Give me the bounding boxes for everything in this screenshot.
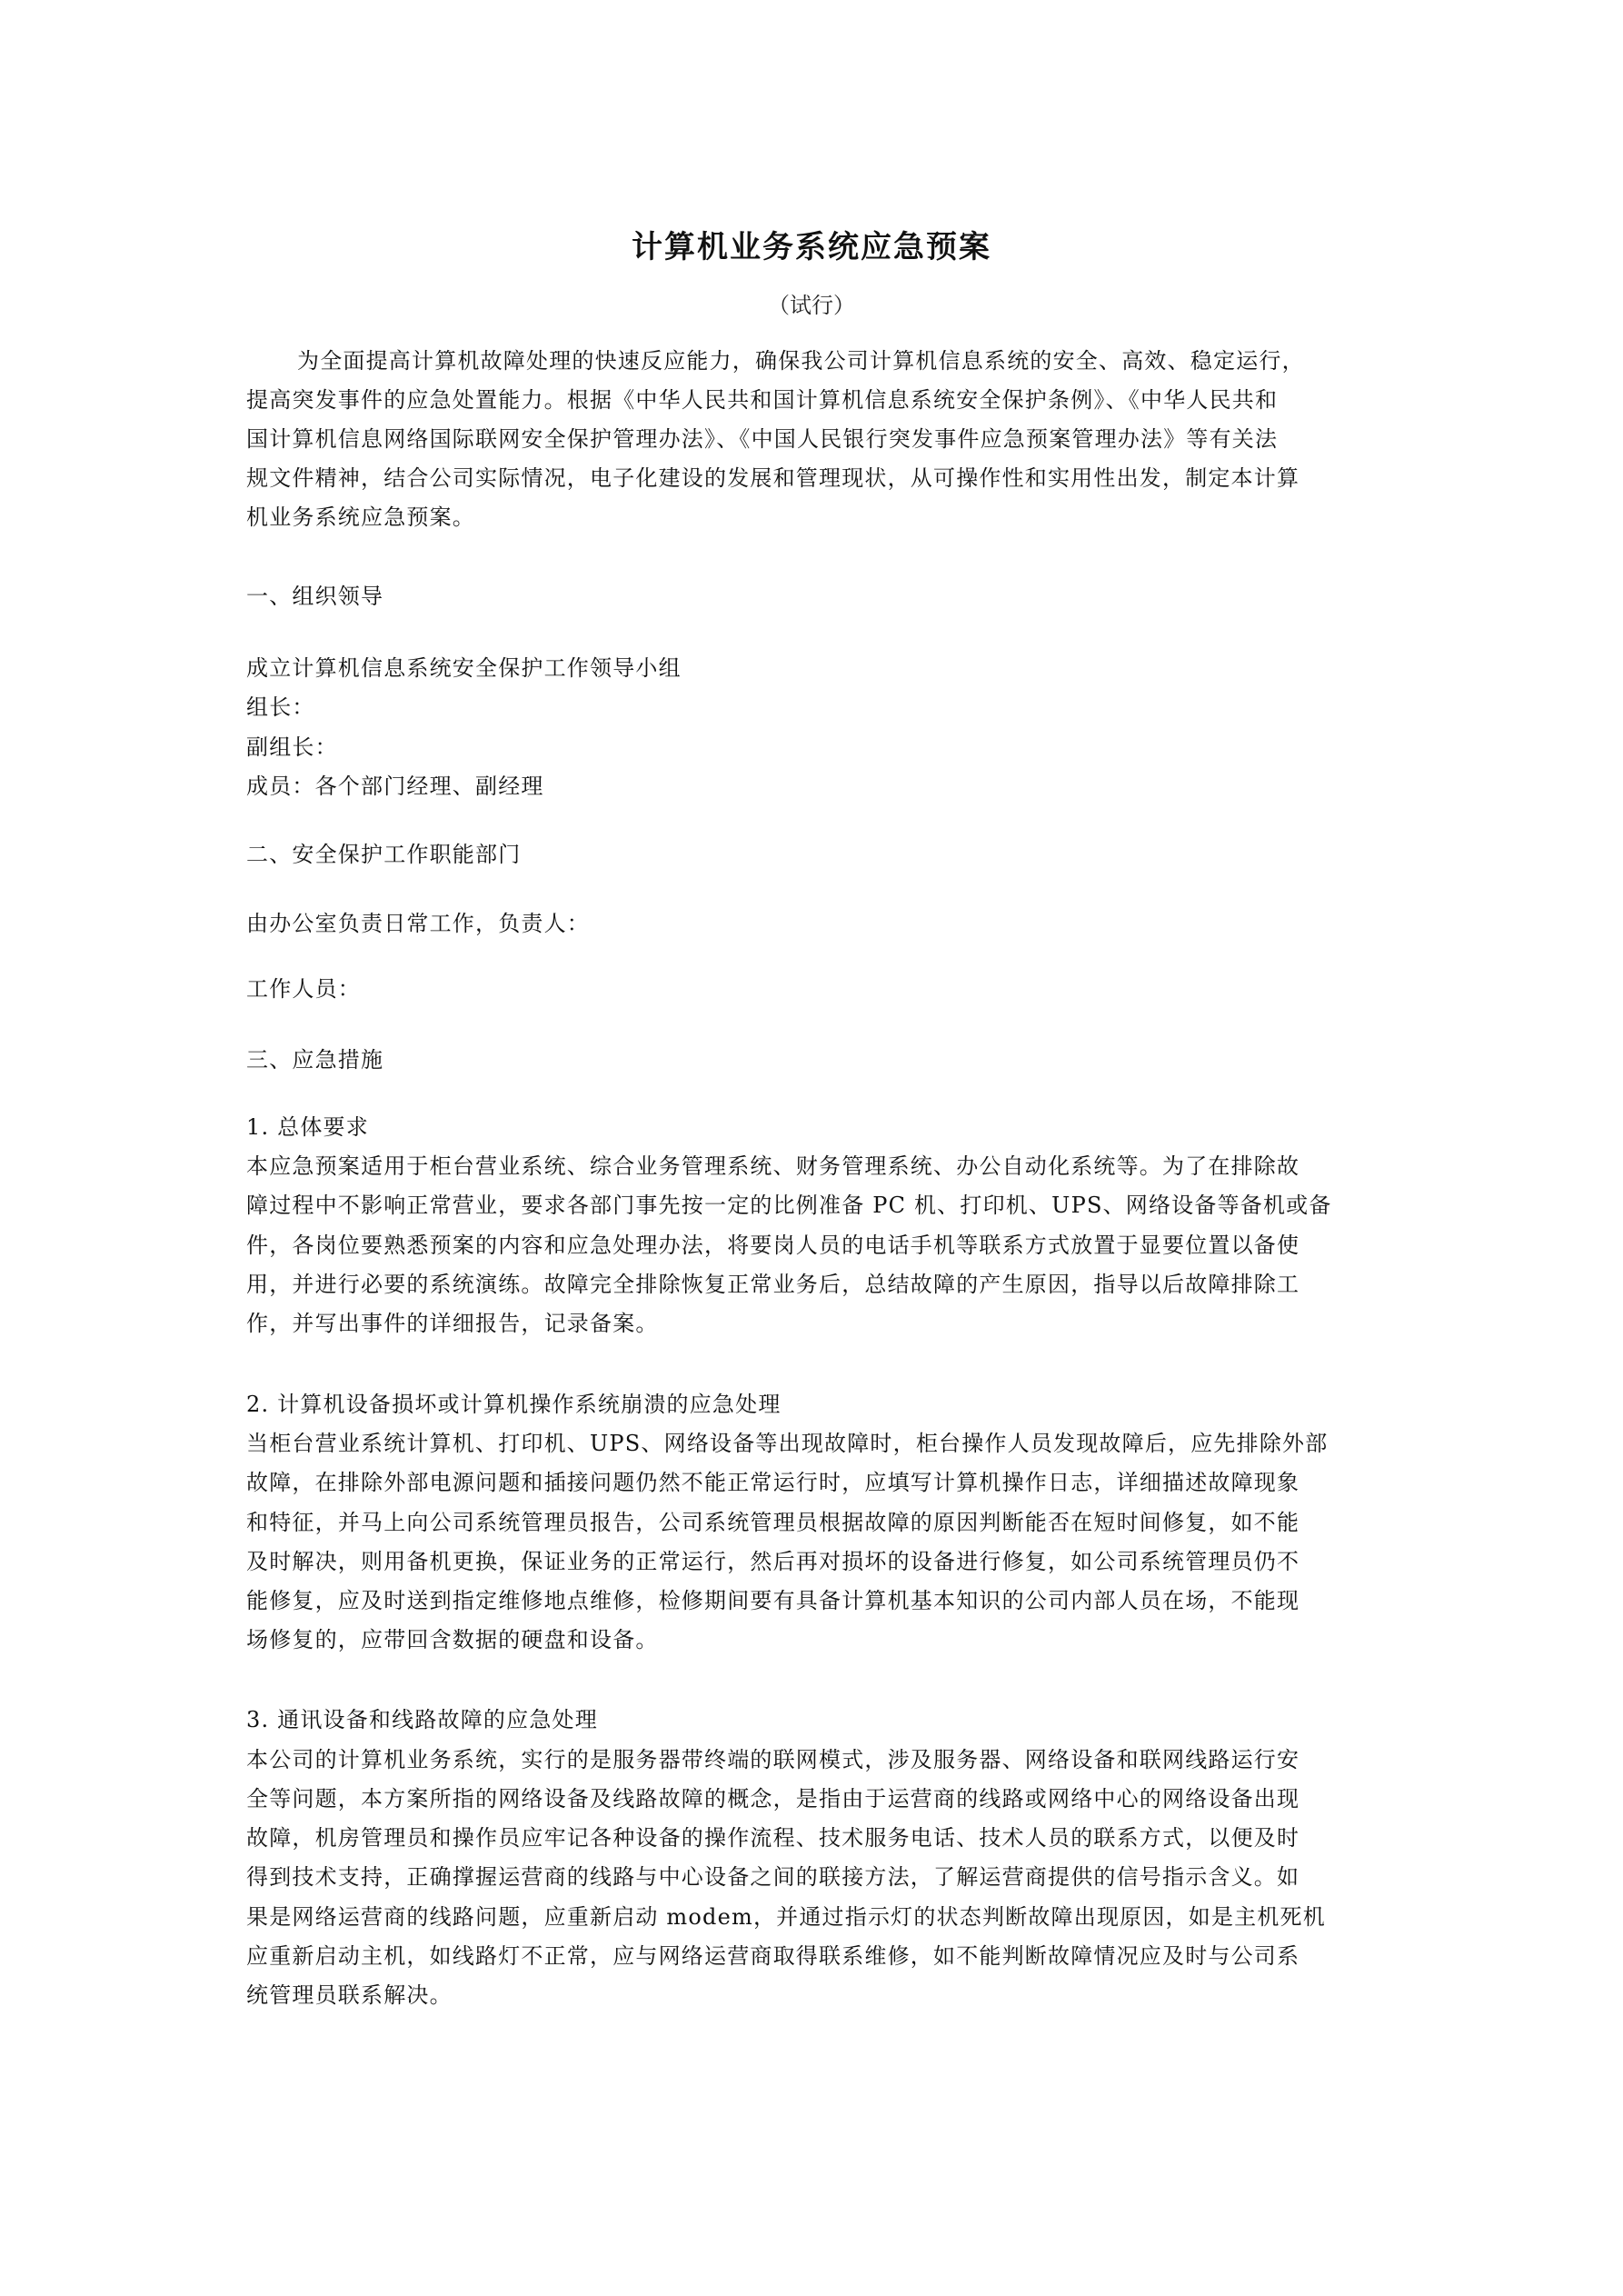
section-heading-department: 二、安全保护工作职能部门 xyxy=(246,841,1378,868)
group-leader-label: 组长： xyxy=(246,694,1378,721)
body-line: 和特征，并马上向公司系统管理员报告，公司系统管理员根据故障的原因判断能否在短时间… xyxy=(246,1509,1378,1536)
body-line: 全等问题，本方案所指的网络设备及线路故障的概念，是指由于运营商的线路或网络中心的… xyxy=(246,1785,1378,1812)
document-page: 计算机业务系统应急预案 （试行） 为全面提高计算机故障处理的快速反应能力，确保我… xyxy=(0,0,1623,2296)
body-line: 本公司的计算机业务系统，实行的是服务器带终端的联网模式，涉及服务器、网络设备和联… xyxy=(246,1746,1378,1773)
body-line: 作，并写出事件的详细报告，记录备案。 xyxy=(246,1310,1378,1337)
subsection-heading: 1. 总体要求 xyxy=(246,1113,1378,1141)
body-line: 能修复，应及时送到指定维修地点维修，检修期间要有具备计算机基本知识的公司内部人员… xyxy=(246,1587,1378,1614)
intro-line: 提高突发事件的应急处置能力。根据《中华人民共和国计算机信息系统安全保护条例》、《… xyxy=(246,386,1378,414)
body-line: 及时解决，则用备机更换，保证业务的正常运行，然后再对损坏的设备进行修复，如公司系… xyxy=(246,1548,1378,1575)
document-title: 计算机业务系统应急预案 xyxy=(0,222,1623,266)
body-line: 统管理员联系解决。 xyxy=(246,1982,1378,2009)
body-line: 当柜台营业系统计算机、打印机、UPS、网络设备等出现故障时，柜台操作人员发现故障… xyxy=(246,1430,1378,1457)
members-line: 成员：各个部门经理、副经理 xyxy=(246,773,1378,800)
body-line: 用，并进行必要的系统演练。故障完全排除恢复正常业务后，总结故障的产生原因，指导以… xyxy=(246,1271,1378,1298)
staff-label: 工作人员： xyxy=(246,975,1378,1003)
intro-line: 规文件精神，结合公司实际情况，电子化建设的发展和管理现状，从可操作性和实用性出发… xyxy=(246,464,1378,492)
body-line: 得到技术支持，正确撑握运营商的线路与中心设备之间的联接方法，了解运营商提供的信号… xyxy=(246,1863,1378,1891)
body-line: 本应急预案适用于柜台营业系统、综合业务管理系统、财务管理系统、办公自动化系统等。… xyxy=(246,1153,1378,1180)
intro-line: 为全面提高计算机故障处理的快速反应能力，确保我公司计算机信息系统的安全、高效、稳… xyxy=(297,347,1429,374)
intro-line: 国计算机信息网络国际联网安全保护管理办法》、《中国人民银行突发事件应急预案管理办… xyxy=(246,425,1378,453)
intro-line: 机业务系统应急预案。 xyxy=(246,504,1378,531)
section-heading-measures: 三、应急措施 xyxy=(246,1046,1378,1073)
body-line: 件，各岗位要熟悉预案的内容和应急处理办法，将要岗人员的电话手机等联系方式放置于显… xyxy=(246,1232,1378,1259)
body-line: 由办公室负责日常工作，负责人： xyxy=(246,910,1378,937)
body-line: 故障，机房管理员和操作员应牢记各种设备的操作流程、技术服务电话、技术人员的联系方… xyxy=(246,1824,1378,1852)
body-line: 故障，在排除外部电源问题和插接问题仍然不能正常运行时，应填写计算机操作日志，详细… xyxy=(246,1469,1378,1496)
body-line: 果是网络运营商的线路问题，应重新启动 modem，并通过指示灯的状态判断故障出现… xyxy=(246,1903,1378,1931)
deputy-leader-label: 副组长： xyxy=(246,734,1378,761)
body-line: 成立计算机信息系统安全保护工作领导小组 xyxy=(246,654,1378,682)
body-line: 场修复的，应带回含数据的硬盘和设备。 xyxy=(246,1626,1378,1653)
body-line: 障过程中不影响正常营业，要求各部门事先按一定的比例准备 PC 机、打印机、UPS… xyxy=(246,1192,1378,1219)
section-heading-organization: 一、组织领导 xyxy=(246,583,1378,610)
subsection-heading: 3. 通讯设备和线路故障的应急处理 xyxy=(246,1706,1378,1733)
document-subtitle: （试行） xyxy=(0,287,1623,319)
body-line: 应重新启动主机，如线路灯不正常，应与网络运营商取得联系维修，如不能判断故障情况应… xyxy=(246,1942,1378,1970)
subsection-heading: 2. 计算机设备损坏或计算机操作系统崩溃的应急处理 xyxy=(246,1391,1378,1418)
